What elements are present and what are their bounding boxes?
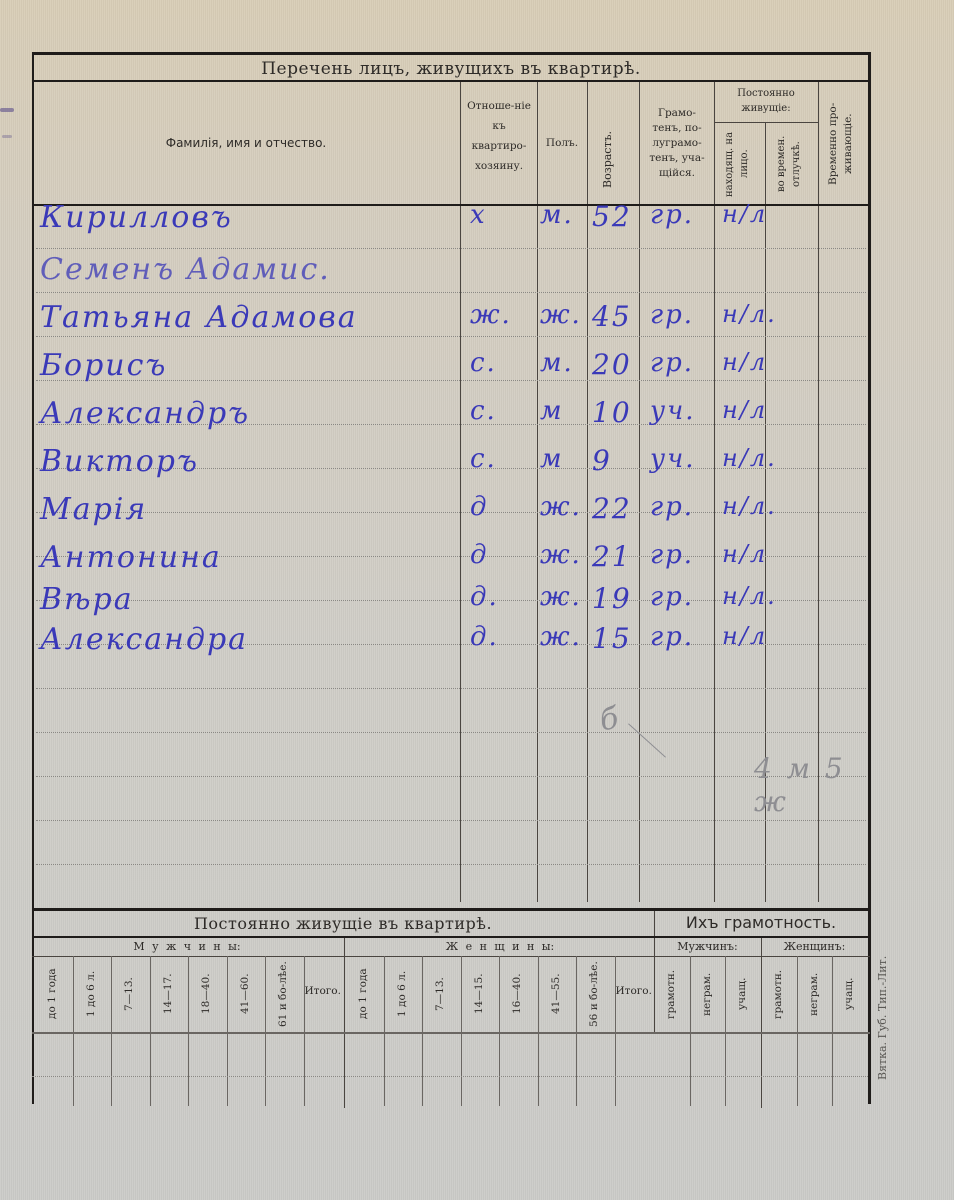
summary-title-divider	[32, 936, 870, 938]
ink-mark	[0, 108, 14, 112]
resident-name: Борисъ	[40, 348, 167, 383]
col-sep	[832, 956, 833, 1106]
resident-relation: с.	[470, 444, 497, 474]
col-sep	[576, 956, 577, 1106]
header-permanent: Постоянно живущіе:	[716, 86, 816, 116]
census-form: Перечень лицъ, живущихъ въ квартирѣ. Фам…	[32, 52, 870, 1104]
col-sep	[761, 938, 762, 1108]
resident-present: н/л	[722, 396, 767, 424]
resident-age: 21	[592, 540, 632, 573]
literacy-women-label: Женщинъ:	[761, 940, 868, 954]
header-literacy: Грамо-тенъ, по-луграмо-тенъ, уча-щійся.	[644, 106, 710, 181]
resident-literacy: уч.	[650, 396, 696, 426]
resident-present: н/л	[722, 200, 767, 228]
col-sep	[304, 956, 305, 1106]
men-col-4: 18—40.	[200, 960, 213, 1028]
resident-relation: ж.	[470, 300, 512, 330]
resident-relation: д	[470, 492, 488, 522]
men-col-6: 61 и бо-лѣе.	[277, 960, 290, 1028]
col-sep	[227, 956, 228, 1106]
ruled-line	[36, 864, 866, 865]
header-present: находящ. на лицо.	[722, 128, 758, 200]
resident-present: н/л.	[722, 492, 777, 520]
col-sep	[538, 956, 539, 1106]
summary-top	[32, 908, 870, 911]
header-name: Фамилія, имя и отчество.	[32, 136, 460, 150]
col-sep	[344, 938, 345, 1108]
col-sep	[188, 956, 189, 1106]
col-sep	[690, 956, 691, 1106]
header-relation: Отноше-ніе къ квартиро-хозяину.	[464, 96, 534, 176]
ruled-line	[32, 1076, 868, 1077]
header-temporary: Временно про-живающіе.	[826, 88, 862, 200]
women-label: Ж е н щ и н ы:	[346, 940, 654, 954]
literacy-men-label: Мужчинъ:	[654, 940, 761, 954]
ink-mark	[2, 135, 12, 138]
col-sep	[422, 956, 423, 1106]
resident-literacy: гр.	[650, 348, 694, 378]
ruled-line	[36, 336, 866, 337]
title-divider	[32, 80, 870, 82]
resident-sex: ж.	[540, 582, 582, 612]
ruled-line	[36, 292, 866, 293]
resident-sex: м.	[540, 200, 574, 230]
resident-name: Викторъ	[40, 444, 199, 479]
resident-name: Марія	[40, 492, 147, 527]
resident-literacy: гр.	[650, 622, 694, 652]
resident-name: Александра	[40, 622, 248, 657]
resident-literacy: гр.	[650, 492, 694, 522]
men-col-7: Итого.	[304, 984, 343, 998]
literacy-men-col-2: учащ.	[736, 960, 749, 1028]
resident-sex: м	[540, 444, 564, 474]
header-age: Возрастъ.	[601, 114, 615, 204]
resident-sex: ж.	[540, 540, 582, 570]
literacy-women-col-0: грамотн.	[772, 960, 785, 1028]
col-sep	[615, 956, 616, 1106]
resident-present: н/л	[722, 348, 767, 376]
ruled-line	[36, 776, 866, 777]
resident-age: 9	[592, 444, 612, 477]
literacy-summary-title: Ихъ грамотность.	[654, 912, 868, 934]
men-col-2: 7—13.	[123, 960, 136, 1028]
ruled-line	[36, 820, 866, 821]
form-title: Перечень лицъ, живущихъ въ квартирѣ.	[32, 58, 870, 80]
col-sep	[111, 956, 112, 1106]
ruled-line	[36, 732, 866, 733]
men-col-5: 41—60.	[239, 960, 252, 1028]
resident-name: Татьяна Адамова	[40, 300, 358, 335]
frame-right	[868, 52, 871, 1104]
ruled-line	[36, 248, 866, 249]
col-sep	[384, 956, 385, 1106]
resident-sex: ж.	[540, 300, 582, 330]
resident-sex: м.	[540, 348, 574, 378]
women-col-3: 14—15.	[473, 960, 486, 1028]
col-sep	[73, 956, 74, 1106]
resident-relation: д	[470, 540, 488, 570]
resident-literacy: гр.	[650, 300, 694, 330]
resident-present: н/л	[722, 622, 767, 650]
resident-present: н/л.	[722, 300, 777, 328]
resident-present: н/л	[722, 540, 767, 568]
women-col-0: до 1 года	[357, 960, 370, 1028]
header-absent: во времен. отлучкѣ.	[774, 128, 810, 200]
pencil-stroke	[628, 723, 666, 757]
women-col-7: Итого.	[615, 984, 654, 998]
ruled-line	[36, 688, 866, 689]
summary-sub-divider	[32, 956, 870, 957]
resident-literacy: гр.	[650, 582, 694, 612]
literacy-men-col-1: неграм.	[701, 960, 714, 1028]
resident-age: 19	[592, 582, 632, 615]
resident-sex: м	[540, 396, 564, 426]
literacy-women-col-2: учащ.	[843, 960, 856, 1028]
summary-header-bottom	[32, 1032, 870, 1034]
resident-literacy: уч.	[650, 444, 696, 474]
resident-name: Антонина	[40, 540, 222, 575]
resident-name: Кирилловъ	[40, 200, 233, 235]
resident-present: н/л.	[722, 444, 777, 472]
resident-sex: ж.	[540, 492, 582, 522]
women-col-2: 7—13.	[434, 960, 447, 1028]
col-sep	[499, 956, 500, 1106]
sub-header-divider	[714, 122, 818, 123]
resident-age: 52	[592, 200, 632, 233]
resident-relation: д.	[470, 622, 499, 652]
resident-name: Вѣра	[40, 582, 134, 617]
col-sep	[797, 956, 798, 1106]
resident-sex: ж.	[540, 622, 582, 652]
resident-literacy: гр.	[650, 540, 694, 570]
printer-imprint: Вятка. Губ. Тип.-Лит.	[876, 935, 889, 1080]
header-sex: Полъ.	[538, 136, 586, 150]
resident-age: 10	[592, 396, 632, 429]
resident-age: 45	[592, 300, 632, 333]
resident-relation: с.	[470, 348, 497, 378]
men-col-3: 14—17.	[162, 960, 175, 1028]
literacy-men-col-0: грамотн.	[665, 960, 678, 1028]
col-sep	[265, 956, 266, 1106]
literacy-women-col-1: неграм.	[808, 960, 821, 1028]
men-label: М у ж ч и н ы:	[32, 940, 342, 954]
women-col-6: 56 и бо-лѣе.	[588, 960, 601, 1028]
pencil-tally: 4 м 5 ж	[754, 752, 870, 818]
men-col-1: 1 до 6 л.	[85, 960, 98, 1028]
resident-literacy: гр.	[650, 200, 694, 230]
women-col-1: 1 до 6 л.	[396, 960, 409, 1028]
resident-name: Семенъ Адамис.	[40, 252, 331, 287]
resident-age: 20	[592, 348, 632, 381]
women-col-5: 41—55.	[550, 960, 563, 1028]
col-sep	[150, 956, 151, 1106]
resident-age: 15	[592, 622, 632, 655]
resident-age: 22	[592, 492, 632, 525]
frame-top	[32, 52, 870, 55]
resident-present: н/л.	[722, 582, 777, 610]
women-col-4: 16—40.	[511, 960, 524, 1028]
resident-relation: д.	[470, 582, 499, 612]
resident-relation: с.	[470, 396, 497, 426]
men-col-0: до 1 года	[46, 960, 59, 1028]
col-sep	[725, 956, 726, 1106]
resident-name: Александръ	[40, 396, 250, 431]
resident-relation: х	[470, 200, 487, 230]
summary-title: Постоянно живущіе въ квартирѣ.	[32, 914, 654, 934]
col-sep	[461, 956, 462, 1106]
